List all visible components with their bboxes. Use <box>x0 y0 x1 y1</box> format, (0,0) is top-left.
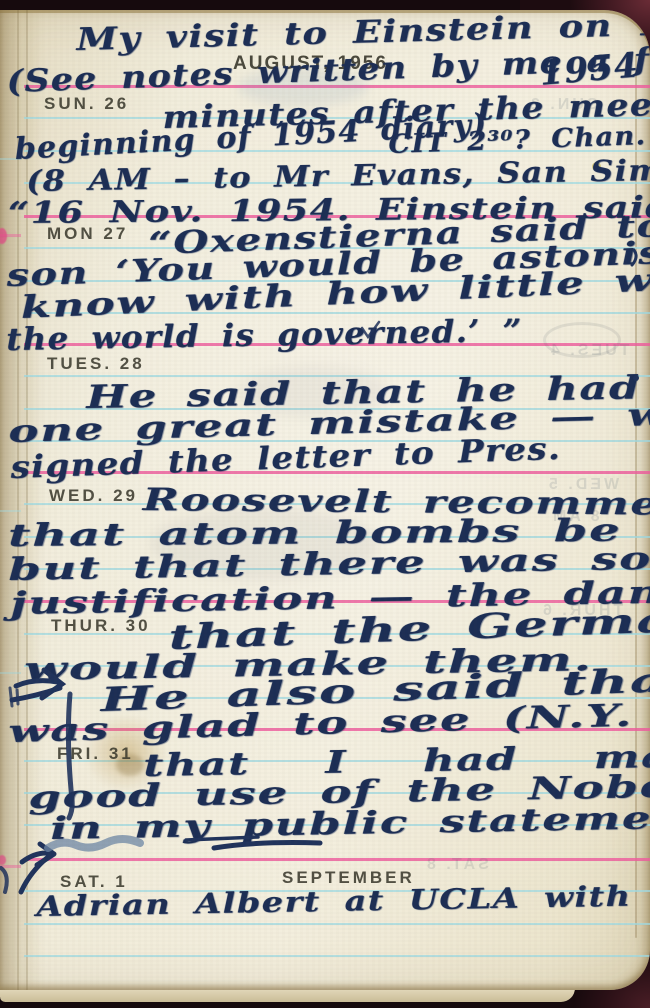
ruled-line-pink <box>24 858 650 861</box>
ruled-line-blue <box>24 923 650 925</box>
day-label-wed-29: WED. 29 <box>49 486 138 506</box>
rule-stub <box>0 510 21 512</box>
underlying-page-edge <box>0 988 575 1002</box>
ghost-label-sat: SAT. 8 <box>424 856 489 874</box>
scanned-diary-photo: SUN. 2 TUES. 4 WED. 5 8 AM THUR. 6 SAT. … <box>0 0 650 1008</box>
ghost-label-tues: TUES. 4 <box>548 342 629 360</box>
diary-page: SUN. 2 TUES. 4 WED. 5 8 AM THUR. 6 SAT. … <box>0 10 650 990</box>
ruled-line-blue <box>24 955 650 957</box>
rule-stub <box>0 672 21 674</box>
rule-stub <box>0 234 21 237</box>
handwriting-line: the world is governed.’ ” <box>6 313 523 358</box>
rule-stub <box>0 865 21 868</box>
